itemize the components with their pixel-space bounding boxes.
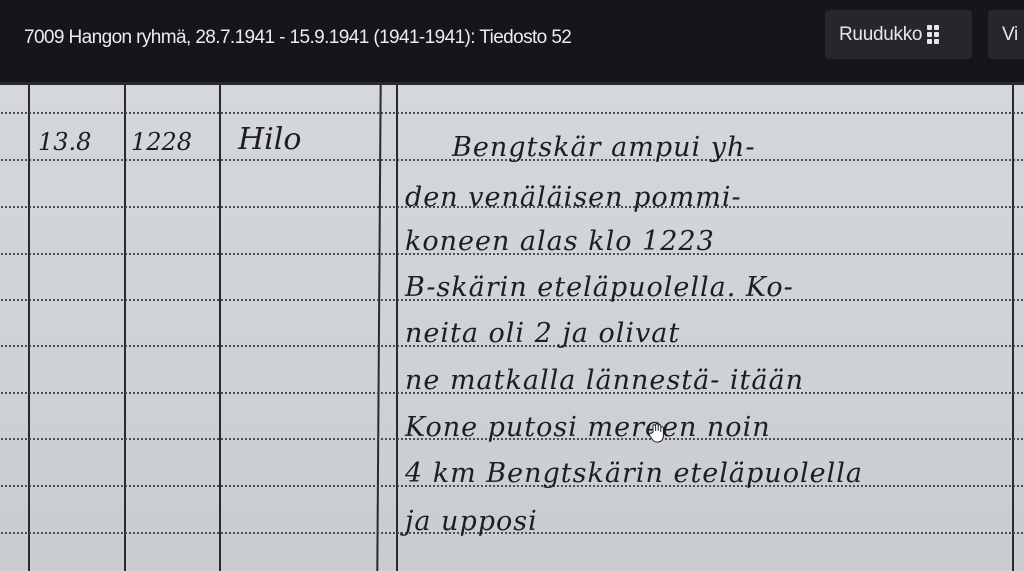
text-line: neita oli 2 ja olivat	[405, 318, 680, 349]
entry-place: Hilo	[238, 122, 301, 157]
text-line: 4 km Bengtskärin eteläpuolella	[405, 458, 863, 489]
grid-view-button[interactable]: Ruudukko	[825, 10, 972, 59]
column-divider	[376, 82, 381, 571]
document-title: 7009 Hangon ryhmä, 28.7.1941 - 15.9.1941…	[24, 27, 571, 49]
text-line: Bengtskär ampui yh-	[452, 132, 756, 163]
column-divider	[219, 82, 221, 571]
page-edge	[0, 82, 1024, 85]
view-button[interactable]: Vi	[988, 10, 1024, 59]
grid-view-label: Ruudukko	[839, 24, 922, 46]
viewer-header: 7009 Hangon ryhmä, 28.7.1941 - 15.9.1941…	[0, 0, 1024, 82]
text-line: B-skärin eteläpuolella. Ko-	[405, 272, 794, 303]
grid-icon	[927, 25, 939, 44]
entry-date: 13.8	[38, 128, 91, 156]
text-line: ne matkalla lännestä- itään	[405, 365, 804, 396]
view-button-label: Vi	[1002, 24, 1018, 46]
text-line: ja upposi	[405, 506, 538, 537]
text-line: den venäläisen pommi-	[405, 182, 742, 213]
column-divider	[1012, 82, 1014, 571]
ruled-line	[0, 112, 1024, 114]
hand-cursor-icon	[648, 423, 666, 443]
column-divider	[396, 82, 398, 571]
text-line: Kone putosi mereen noin	[405, 412, 771, 443]
column-divider	[28, 82, 30, 571]
column-divider	[124, 82, 126, 571]
entry-time: 1228	[131, 128, 192, 156]
text-line: koneen alas klo 1223	[405, 226, 715, 257]
document-image[interactable]: 13.8 1228 Hilo Bengtskär ampui yh- den v…	[0, 82, 1024, 571]
